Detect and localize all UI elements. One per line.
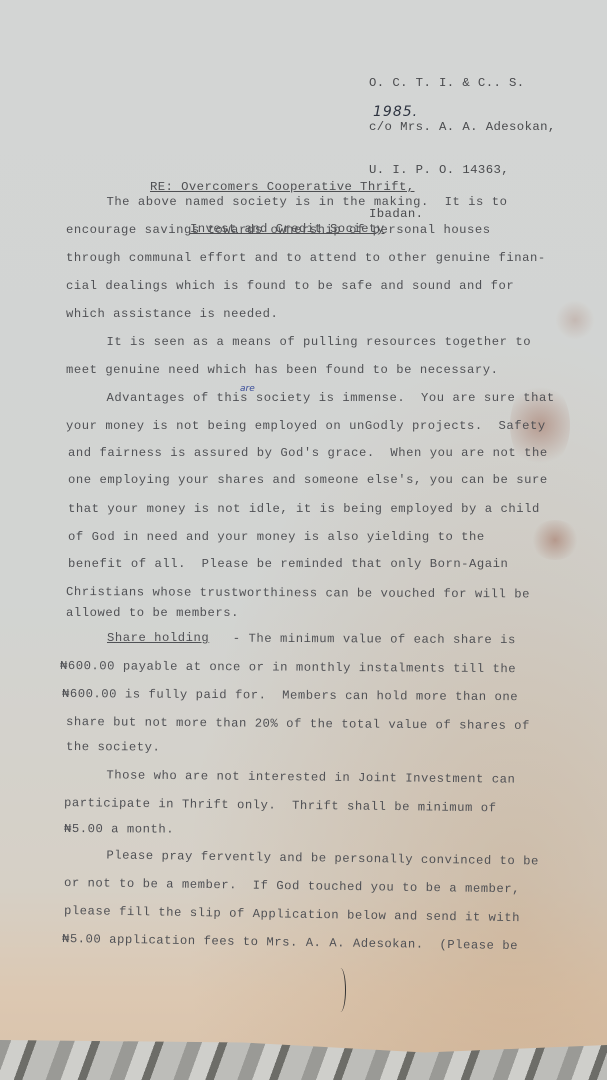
letter-line: of God in need and your money is also yi… xyxy=(68,530,485,544)
letter-line: through communal effort and to attend to… xyxy=(66,251,546,265)
stain xyxy=(555,300,595,340)
letter-line: Christians whose trustworthiness can be … xyxy=(66,585,530,601)
subject-line-1: RE: Overcomers Cooperative Thrift, xyxy=(150,180,415,194)
address-line: O. C. T. I. & C.. S. xyxy=(369,76,556,91)
letter-line: your money is not being employed on unGo… xyxy=(66,419,546,433)
letter-line: and fairness is assured by God's grace. … xyxy=(68,446,548,460)
letter-line: that your money is not idle, it is being… xyxy=(68,502,540,516)
letter-line: encourage savings towards ownership of p… xyxy=(66,223,491,237)
handwritten-bracket xyxy=(335,968,346,1012)
address-line: c/o Mrs. A. A. Adesokan, xyxy=(369,120,556,135)
share-holding-heading: Share holding xyxy=(107,631,209,645)
letter-line: meet genuine need which has been found t… xyxy=(66,363,499,377)
letter-line: Advantages of this society is immense. Y… xyxy=(75,391,555,405)
handwritten-year: 1985. xyxy=(373,104,418,120)
stain xyxy=(530,520,580,560)
handwritten-correction: are xyxy=(240,384,255,394)
letter-line: one employing your shares and someone el… xyxy=(68,473,548,487)
letter-line: the society. xyxy=(66,740,160,754)
letter-line: benefit of all. Please be reminded that … xyxy=(68,557,508,571)
letter-line: It is seen as a means of pulling resourc… xyxy=(75,335,531,349)
letter-line: cial dealings which is found to be safe … xyxy=(66,279,514,293)
letter-line: which assistance is needed. xyxy=(66,307,278,321)
letter-line: The above named society is in the making… xyxy=(75,195,508,209)
letter-line: allowed to be members. xyxy=(66,606,239,620)
letter-line: ₦5.00 a month. xyxy=(64,822,174,837)
